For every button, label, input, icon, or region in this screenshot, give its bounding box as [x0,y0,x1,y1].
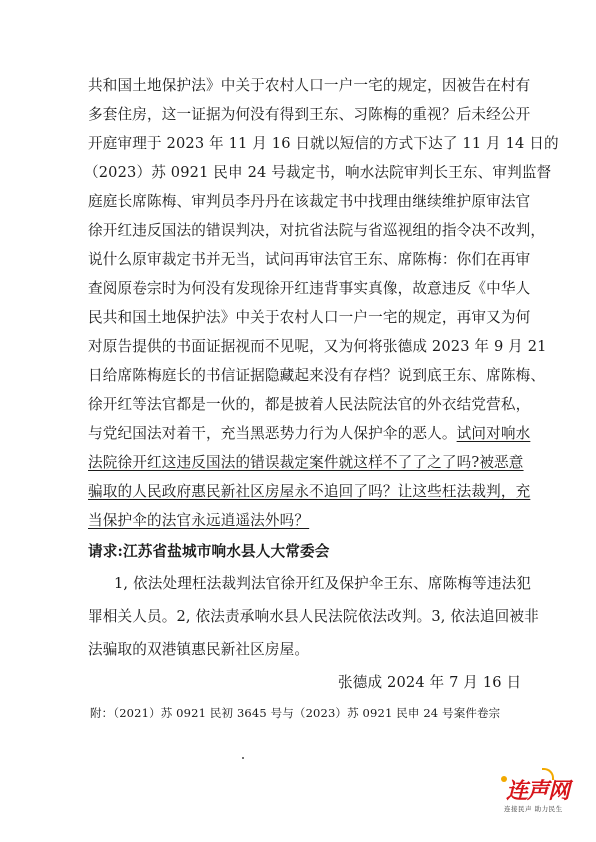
text-line: 庭庭长席陈梅、审判员李丹丹在该裁定书中找理由继续维护原审法官 [88,192,508,212]
text-line: 徐开红等法官都是一伙的，都是披着人民法院法官的外衣结党营私， [88,395,508,415]
scan-speck [242,757,244,759]
text-line: 对原告提供的书面证据视而不见呢，又为何将张德成 2023 年 9 月 21 [88,337,508,357]
text-line: 查阅原卷宗时为何没有发现徐开红违背事实真像，故意违反《中华人 [88,279,508,299]
watermark-logo: 连声网 连接民声 助力民生 [500,768,580,818]
text-line: 说什么原审裁定书并无当，试问再审法官王东、席陈梅：你们在再审 [88,250,508,270]
underlined-line: 法院徐开红这违反国法的错误裁定案件就这样不了了之了吗?被恶意 [88,453,508,473]
attachment-note: 附：（2021）苏 0921 民初 3645 号与（2023）苏 0921 民申… [90,703,510,723]
request-line: 法骗取的双港镇惠民新社区房屋。 [88,640,508,660]
text-line-mixed: 与党纪国法对着干，充当黑恶势力行为人保护伞的恶人。试问对响水 [88,424,508,444]
text-line: 民共和国土地保护法》中关于农村人口一户一宅的规定，再审又为何 [88,308,508,328]
text-line: 多套住房，这一证据为何没有得到王东、习陈梅的重视？后未经公开 [88,105,508,125]
plain-text: 与党纪国法对着干，充当黑恶势力行为人保护伞的恶人。 [88,425,457,442]
underlined-line: 当保护伞的法官永远逍遥法外吗？ [88,511,508,531]
request-line: 罪相关人员。2, 依法责承响水县人民法院依法改判。3, 依法追回被非 [88,607,508,627]
document-page: 共和国土地保护法》中关于农村人口一户一宅的规定，因被告在村有 多套住房，这一证据… [0,0,596,842]
request-line: 1, 依法处理枉法裁判法官徐开红及保护伞王东、席陈梅等违法犯 [114,574,534,594]
text-line: 日给席陈梅庭长的书信证据隐藏起来没有存档？说到底王东、席陈梅、 [88,366,508,386]
text-line: （2023）苏 0921 民申 24 号裁定书，响水法院审判长王东、审判监督 [84,163,504,183]
text-line: 共和国土地保护法》中关于农村人口一户一宅的规定，因被告在村有 [88,76,508,96]
signature: 张德成 2024 年 7 月 16 日 [338,673,596,693]
text-line: 开庭审理于 2023 年 11 月 16 日就以短信的方式下达了 11 月 14… [88,134,508,154]
logo-name: 连声网 [506,774,569,805]
text-line: 徐开红违反国法的错误判决，对抗省法院与省巡视组的指令决不改判， [88,221,508,241]
underlined-text: 试问对响水 [457,425,531,442]
logo-slogan: 连接民声 助力民生 [504,804,563,813]
request-heading: 请求:江苏省盐城市响水县人大常委会 [88,542,508,562]
underlined-line: 骗取的人民政府惠民新社区房屋永不追回了吗？让这些枉法裁判，充 [88,482,508,502]
